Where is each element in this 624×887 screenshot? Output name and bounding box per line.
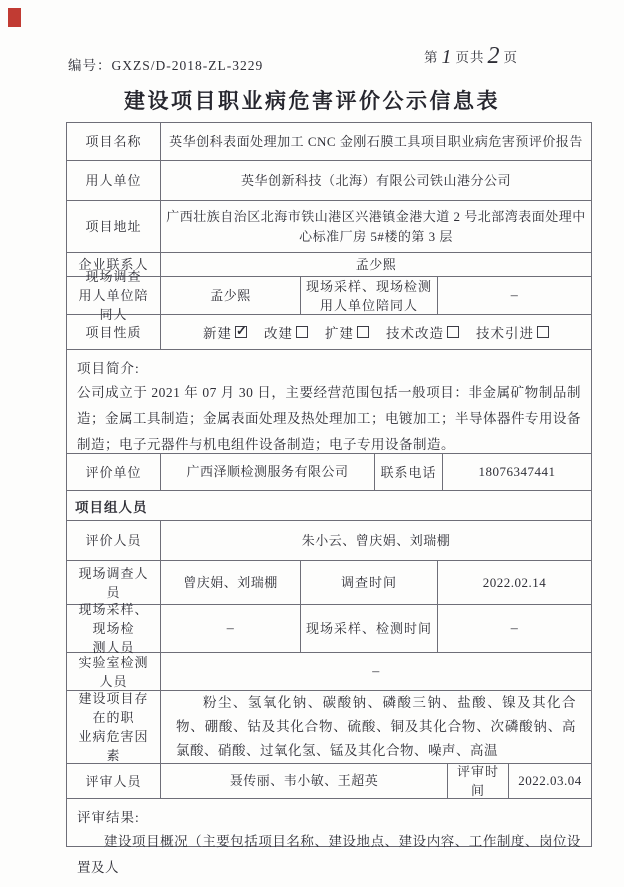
row-review-result: 评审结果: 建设项目概况（主要包括项目名称、建设地点、建设内容、工作制度、岗位设… <box>67 799 591 848</box>
evaluators-value: 朱小云、曾庆娟、刘瑞棚 <box>161 521 591 560</box>
row-survey-staff: 现场调查人员 曾庆娟、刘瑞棚 调查时间 2022.02.14 <box>67 561 591 605</box>
sampling-time-value: – <box>438 605 591 652</box>
project-name-value: 英华创科表面处理加工 CNC 金刚石膜工具项目职业病危害预评价报告 <box>161 123 591 160</box>
survey-staff-label: 现场调查人员 <box>67 561 161 604</box>
phone-value: 18076347441 <box>443 454 591 490</box>
option-tech-import: 技术引进 <box>476 322 549 342</box>
review-result-text: 建设项目概况（主要包括项目名称、建设地点、建设内容、工作制度、岗位设置及人 <box>77 829 581 881</box>
row-project-nature: 项目性质 新建 改建 扩建 技术改造 技术引进 <box>67 315 591 350</box>
project-nature-options: 新建 改建 扩建 技术改造 技术引进 <box>161 315 591 349</box>
employer-value: 英华创新科技（北海）有限公司铁山港分公司 <box>161 161 591 200</box>
project-nature-label: 项目性质 <box>67 315 161 349</box>
option-rebuild: 改建 <box>264 322 308 342</box>
checkbox-checked <box>235 326 247 338</box>
hazard-factors-value: 粉尘、氢氧化钠、碳酸钠、磷酸三钠、盐酸、镍及其化合物、硼酸、钴及其化合物、硫酸、… <box>166 689 586 765</box>
page-counter: 第1页共2页 <box>424 42 518 69</box>
page-counter-middle: 页共 <box>456 50 485 65</box>
row-hazard-factors: 建设项目存在的职 业病危害因素 粉尘、氢氧化钠、碳酸钠、磷酸三钠、盐酸、镍及其化… <box>67 691 591 764</box>
row-lab-staff: 实验室检测人员 – <box>67 653 591 691</box>
row-project-brief: 项目简介: 公司成立于 2021 年 07 月 30 日，主要经营范围包括一般项… <box>67 350 591 454</box>
sampling-staff-label: 现场采样、现场检 测人员 <box>67 605 161 652</box>
option-expand-label: 扩建 <box>325 322 354 342</box>
checkbox-empty <box>357 326 369 338</box>
survey-escort-value: 孟少熙 <box>161 277 301 314</box>
row-project-address: 项目地址 广西壮族自治区北海市铁山港区兴港镇金港大道 2 号北部湾表面处理中心标… <box>67 201 591 253</box>
option-new-build: 新建 <box>203 322 247 342</box>
reviewers-label: 评审人员 <box>67 764 161 798</box>
option-expand: 扩建 <box>325 322 369 342</box>
sampling-time-label: 现场采样、检测时间 <box>301 605 438 652</box>
checkbox-empty <box>296 326 308 338</box>
evaluation-org-value: 广西泽顺检测服务有限公司 <box>161 454 375 490</box>
checkbox-empty <box>537 326 549 338</box>
info-table: 项目名称 英华创科表面处理加工 CNC 金刚石膜工具项目职业病危害预评价报告 用… <box>66 122 592 847</box>
survey-staff-value: 曾庆娟、刘瑞棚 <box>161 561 301 604</box>
option-tech-upgrade: 技术改造 <box>386 322 459 342</box>
checkbox-empty <box>447 326 459 338</box>
hazard-factors-label: 建设项目存在的职 业病危害因素 <box>67 691 161 763</box>
project-address-value: 广西壮族自治区北海市铁山港区兴港镇金港大道 2 号北部湾表面处理中心标准厂房 5… <box>161 201 591 252</box>
row-project-name: 项目名称 英华创科表面处理加工 CNC 金刚石膜工具项目职业病危害预评价报告 <box>67 123 591 161</box>
lab-staff-label: 实验室检测人员 <box>67 653 161 690</box>
option-tech-import-label: 技术引进 <box>476 322 534 342</box>
review-time-value: 2022.03.04 <box>509 764 591 798</box>
page-counter-suffix: 页 <box>504 50 519 65</box>
company-contact-value: 孟少熙 <box>161 253 591 276</box>
sampling-escort-label: 现场采样、现场检测 用人单位陪同人 <box>301 277 438 314</box>
reviewers-value: 聂传丽、韦小敏、王超英 <box>161 764 448 798</box>
page-counter-prefix: 第 <box>424 50 439 65</box>
document-number-value: GXZS/D-2018-ZL-3229 <box>112 58 264 73</box>
team-header-label: 项目组人员 <box>67 491 591 520</box>
option-tech-upgrade-label: 技术改造 <box>386 322 444 342</box>
project-brief-text: 公司成立于 2021 年 07 月 30 日，主要经营范围包括一般项目：非金属矿… <box>77 380 581 458</box>
review-result-heading: 评审结果: <box>77 806 581 826</box>
project-name-label: 项目名称 <box>67 123 161 160</box>
sampling-escort-value: – <box>438 277 591 314</box>
page-number-current: 1 <box>439 46 456 68</box>
row-evaluators: 评价人员 朱小云、曾庆娟、刘瑞棚 <box>67 521 591 561</box>
document-number: 编号：GXZS/D-2018-ZL-3229 <box>68 54 263 74</box>
page-number-total: 2 <box>485 43 504 69</box>
page-title: 建设项目职业病危害评价公示信息表 <box>0 85 624 115</box>
option-new-build-label: 新建 <box>203 322 232 342</box>
project-brief-cell: 项目简介: 公司成立于 2021 年 07 月 30 日，主要经营范围包括一般项… <box>67 350 591 453</box>
phone-label: 联系电话 <box>375 454 443 490</box>
row-evaluation-org: 评价单位 广西泽顺检测服务有限公司 联系电话 18076347441 <box>67 454 591 491</box>
red-stamp-mark <box>8 8 21 27</box>
evaluators-label: 评价人员 <box>67 521 161 560</box>
review-time-label: 评审时间 <box>448 764 509 798</box>
row-reviewers: 评审人员 聂传丽、韦小敏、王超英 评审时间 2022.03.04 <box>67 764 591 799</box>
project-address-label: 项目地址 <box>67 201 161 252</box>
check-icon <box>236 323 248 339</box>
row-employer: 用人单位 英华创新科技（北海）有限公司铁山港分公司 <box>67 161 591 201</box>
scanned-document-page: 编号：GXZS/D-2018-ZL-3229 第1页共2页 建设项目职业病危害评… <box>0 0 624 887</box>
project-brief-heading: 项目简介: <box>77 357 581 377</box>
hazard-factors-value-cell: 粉尘、氢氧化钠、碳酸钠、磷酸三钠、盐酸、镍及其化合物、硼酸、钴及其化合物、硫酸、… <box>161 691 591 763</box>
evaluation-org-label: 评价单位 <box>67 454 161 490</box>
option-rebuild-label: 改建 <box>264 322 293 342</box>
review-result-cell: 评审结果: 建设项目概况（主要包括项目名称、建设地点、建设内容、工作制度、岗位设… <box>67 799 591 848</box>
row-site-escort: 现场调查 用人单位陪同人 孟少熙 现场采样、现场检测 用人单位陪同人 – <box>67 277 591 315</box>
employer-label: 用人单位 <box>67 161 161 200</box>
lab-staff-value: – <box>161 653 591 690</box>
survey-escort-label: 现场调查 用人单位陪同人 <box>67 277 161 314</box>
survey-time-label: 调查时间 <box>301 561 438 604</box>
sampling-staff-value: – <box>161 605 301 652</box>
row-sampling-staff: 现场采样、现场检 测人员 – 现场采样、检测时间 – <box>67 605 591 653</box>
row-team-header: 项目组人员 <box>67 491 591 521</box>
document-number-label: 编号： <box>68 58 112 73</box>
survey-time-value: 2022.02.14 <box>438 561 591 604</box>
